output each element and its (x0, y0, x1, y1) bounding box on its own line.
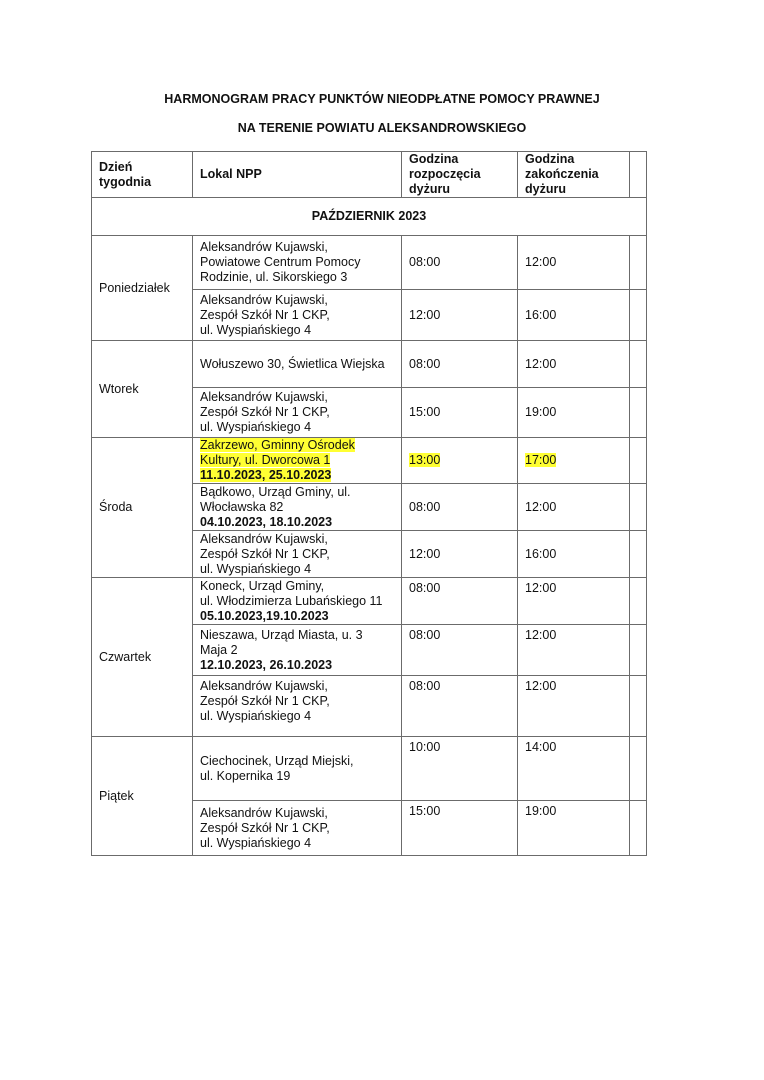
table-row: ŚrodaZakrzewo, Gminny OśrodekKultury, ul… (92, 438, 647, 484)
schedule-table: Dzień tygodnia Lokal NPP Godzina rozpocz… (91, 151, 647, 856)
end-time-cell: 19:00 (518, 388, 630, 438)
location-text: Wołuszewo 30, Świetlica Wiejska (200, 357, 385, 371)
document-title: HARMONOGRAM PRACY PUNKTÓW NIEODPŁATNE PO… (0, 92, 764, 106)
end-time: 16:00 (525, 547, 556, 561)
location-text: Aleksandrów Kujawski, (200, 532, 328, 546)
extra-cell (630, 737, 647, 801)
start-time: 08:00 (409, 255, 440, 269)
start-time-cell: 12:00 (402, 531, 518, 578)
dates-line: 12.10.2023, 26.10.2023 (200, 658, 394, 673)
start-time: 08:00 (409, 679, 440, 693)
start-time: 10:00 (409, 740, 440, 754)
end-time-cell: 16:00 (518, 290, 630, 341)
day-cell: Środa (92, 438, 193, 578)
dates-text: 04.10.2023, 18.10.2023 (200, 515, 332, 529)
end-time: 12:00 (525, 628, 556, 642)
table-row: CzwartekKoneck, Urząd Gminy,ul. Włodzimi… (92, 578, 647, 625)
location-line: Koneck, Urząd Gminy, (200, 579, 394, 594)
end-time-cell: 19:00 (518, 801, 630, 856)
location-text: ul. Wyspiańskiego 4 (200, 836, 311, 850)
location-text: Włocławska 82 (200, 500, 283, 514)
location-text: ul. Wyspiańskiego 4 (200, 323, 311, 337)
location-cell: Zakrzewo, Gminny OśrodekKultury, ul. Dwo… (193, 438, 402, 484)
location-line: Wołuszewo 30, Świetlica Wiejska (200, 357, 394, 372)
location-text: Aleksandrów Kujawski, (200, 390, 328, 404)
location-cell: Aleksandrów Kujawski,Zespół Szkół Nr 1 C… (193, 531, 402, 578)
day-cell: Poniedziałek (92, 236, 193, 341)
location-line: Nieszawa, Urząd Miasta, u. 3 (200, 628, 394, 643)
location-line: ul. Wyspiańskiego 4 (200, 709, 394, 724)
location-cell: Nieszawa, Urząd Miasta, u. 3Maja 212.10.… (193, 625, 402, 676)
dates-line: 04.10.2023, 18.10.2023 (200, 515, 394, 530)
location-line: Kultury, ul. Dworcowa 1 (200, 453, 394, 468)
location-text: Aleksandrów Kujawski, (200, 679, 328, 693)
location-line: Aleksandrów Kujawski, (200, 240, 394, 255)
location-line: ul. Kopernika 19 (200, 769, 394, 784)
end-time: 19:00 (525, 804, 556, 818)
location-text: Maja 2 (200, 643, 238, 657)
document-subtitle: NA TERENIE POWIATU ALEKSANDROWSKIEGO (0, 121, 764, 135)
start-time-cell: 08:00 (402, 578, 518, 625)
end-time-cell: 12:00 (518, 484, 630, 531)
day-cell: Piątek (92, 737, 193, 856)
dates-text: 05.10.2023,19.10.2023 (200, 609, 329, 623)
dates-line: 05.10.2023,19.10.2023 (200, 609, 394, 624)
location-line: Aleksandrów Kujawski, (200, 390, 394, 405)
location-text: ul. Wyspiańskiego 4 (200, 420, 311, 434)
location-text: Zespół Szkół Nr 1 CKP, (200, 694, 330, 708)
table-row: PiątekCiechocinek, Urząd Miejski,ul. Kop… (92, 737, 647, 801)
end-time-cell: 12:00 (518, 676, 630, 737)
start-time: 12:00 (409, 547, 440, 561)
location-cell: Wołuszewo 30, Świetlica Wiejska (193, 341, 402, 388)
location-cell: Aleksandrów Kujawski,Zespół Szkół Nr 1 C… (193, 676, 402, 737)
month-label: PAŹDZIERNIK 2023 (92, 198, 647, 236)
location-line: Zespół Szkół Nr 1 CKP, (200, 405, 394, 420)
location-text: Zespół Szkół Nr 1 CKP, (200, 308, 330, 322)
start-time-cell: 15:00 (402, 388, 518, 438)
start-time-cell: 12:00 (402, 290, 518, 341)
end-time: 12:00 (525, 500, 556, 514)
location-line: Zespół Szkół Nr 1 CKP, (200, 547, 394, 562)
extra-cell (630, 801, 647, 856)
start-time: 15:00 (409, 804, 440, 818)
start-time: 08:00 (409, 500, 440, 514)
location-line: ul. Włodzimierza Lubańskiego 11 (200, 594, 394, 609)
dates-text: 12.10.2023, 26.10.2023 (200, 658, 332, 672)
location-line: Aleksandrów Kujawski, (200, 532, 394, 547)
location-text: Bądkowo, Urząd Gminy, ul. (200, 485, 351, 499)
location-line: Zespół Szkół Nr 1 CKP, (200, 308, 394, 323)
table-row: PoniedziałekAleksandrów Kujawski,Powiato… (92, 236, 647, 290)
location-text: Zespół Szkół Nr 1 CKP, (200, 821, 330, 835)
start-time: 12:00 (409, 308, 440, 322)
location-text: Ciechocinek, Urząd Miejski, (200, 754, 354, 768)
start-time: 13:00 (409, 453, 440, 467)
location-line: Maja 2 (200, 643, 394, 658)
location-cell: Koneck, Urząd Gminy,ul. Włodzimierza Lub… (193, 578, 402, 625)
extra-cell (630, 625, 647, 676)
start-time: 15:00 (409, 405, 440, 419)
extra-cell (630, 484, 647, 531)
header-day: Dzień tygodnia (92, 152, 193, 198)
location-text: Aleksandrów Kujawski, (200, 806, 328, 820)
location-line: ul. Wyspiańskiego 4 (200, 420, 394, 435)
extra-cell (630, 578, 647, 625)
end-time-cell: 12:00 (518, 341, 630, 388)
extra-cell (630, 388, 647, 438)
table-row: WtorekWołuszewo 30, Świetlica Wiejska08:… (92, 341, 647, 388)
location-line: ul. Wyspiańskiego 4 (200, 836, 394, 851)
location-line: Zespół Szkół Nr 1 CKP, (200, 694, 394, 709)
end-time-cell: 17:00 (518, 438, 630, 484)
header-day-line: Dzień (99, 160, 185, 175)
end-time: 14:00 (525, 740, 556, 754)
start-time-cell: 10:00 (402, 737, 518, 801)
location-text: Zakrzewo, Gminny Ośrodek (200, 438, 355, 452)
start-time: 08:00 (409, 628, 440, 642)
extra-cell (630, 531, 647, 578)
location-text: Aleksandrów Kujawski, (200, 293, 328, 307)
end-time: 16:00 (525, 308, 556, 322)
location-line: ul. Wyspiańskiego 4 (200, 323, 394, 338)
header-end-line: dyżuru (525, 182, 622, 197)
end-time: 12:00 (525, 679, 556, 693)
header-end-line: zakończenia (525, 167, 622, 182)
location-line: Bądkowo, Urząd Gminy, ul. (200, 485, 394, 500)
location-text: Kultury, ul. Dworcowa 1 (200, 453, 330, 467)
end-time: 12:00 (525, 255, 556, 269)
location-text: Zespół Szkół Nr 1 CKP, (200, 405, 330, 419)
location-text: ul. Wyspiańskiego 4 (200, 562, 311, 576)
end-time-cell: 12:00 (518, 236, 630, 290)
location-line: Aleksandrów Kujawski, (200, 806, 394, 821)
location-line: Zespół Szkół Nr 1 CKP, (200, 821, 394, 836)
location-text: Rodzinie, ul. Sikorskiego 3 (200, 270, 347, 284)
end-time-cell: 14:00 (518, 737, 630, 801)
start-time-cell: 08:00 (402, 236, 518, 290)
header-end-line: Godzina (525, 152, 622, 167)
location-line: Włocławska 82 (200, 500, 394, 515)
location-text: Powiatowe Centrum Pomocy (200, 255, 360, 269)
location-cell: Aleksandrów Kujawski,Zespół Szkół Nr 1 C… (193, 290, 402, 341)
location-text: Aleksandrów Kujawski, (200, 240, 328, 254)
end-time: 19:00 (525, 405, 556, 419)
location-line: Ciechocinek, Urząd Miejski, (200, 754, 394, 769)
location-cell: Ciechocinek, Urząd Miejski,ul. Kopernika… (193, 737, 402, 801)
dates-line: 11.10.2023, 25.10.2023 (200, 468, 394, 483)
start-time-cell: 15:00 (402, 801, 518, 856)
header-start: Godzina rozpoczęcia dyżuru (402, 152, 518, 198)
start-time-cell: 13:00 (402, 438, 518, 484)
location-text: Koneck, Urząd Gminy, (200, 579, 324, 593)
extra-cell (630, 290, 647, 341)
day-cell: Wtorek (92, 341, 193, 438)
end-time-cell: 16:00 (518, 531, 630, 578)
location-cell: Aleksandrów Kujawski,Powiatowe Centrum P… (193, 236, 402, 290)
location-line: Aleksandrów Kujawski, (200, 679, 394, 694)
end-time: 12:00 (525, 357, 556, 371)
start-time-cell: 08:00 (402, 341, 518, 388)
extra-cell (630, 341, 647, 388)
header-row: Dzień tygodnia Lokal NPP Godzina rozpocz… (92, 152, 647, 198)
start-time: 08:00 (409, 581, 440, 595)
start-time: 08:00 (409, 357, 440, 371)
extra-cell (630, 236, 647, 290)
extra-cell (630, 438, 647, 484)
header-extra (630, 152, 647, 198)
header-start-line: Godzina (409, 152, 510, 167)
header-day-line: tygodnia (99, 175, 185, 190)
end-time: 12:00 (525, 581, 556, 595)
header-start-line: rozpoczęcia (409, 167, 510, 182)
header-start-line: dyżuru (409, 182, 510, 197)
location-text: ul. Wyspiańskiego 4 (200, 709, 311, 723)
location-text: ul. Włodzimierza Lubańskiego 11 (200, 594, 383, 608)
location-cell: Bądkowo, Urząd Gminy, ul.Włocławska 8204… (193, 484, 402, 531)
extra-cell (630, 676, 647, 737)
location-text: ul. Kopernika 19 (200, 769, 290, 783)
start-time-cell: 08:00 (402, 625, 518, 676)
start-time-cell: 08:00 (402, 676, 518, 737)
day-cell: Czwartek (92, 578, 193, 737)
month-row: PAŹDZIERNIK 2023 (92, 198, 647, 236)
location-line: ul. Wyspiańskiego 4 (200, 562, 394, 577)
header-location: Lokal NPP (193, 152, 402, 198)
location-line: Powiatowe Centrum Pomocy (200, 255, 394, 270)
dates-text: 11.10.2023, 25.10.2023 (200, 468, 331, 482)
location-line: Zakrzewo, Gminny Ośrodek (200, 438, 394, 453)
end-time-cell: 12:00 (518, 578, 630, 625)
location-text: Nieszawa, Urząd Miasta, u. 3 (200, 628, 363, 642)
location-cell: Aleksandrów Kujawski,Zespół Szkół Nr 1 C… (193, 801, 402, 856)
start-time-cell: 08:00 (402, 484, 518, 531)
header-end: Godzina zakończenia dyżuru (518, 152, 630, 198)
location-line: Aleksandrów Kujawski, (200, 293, 394, 308)
location-text: Zespół Szkół Nr 1 CKP, (200, 547, 330, 561)
location-line: Rodzinie, ul. Sikorskiego 3 (200, 270, 394, 285)
end-time: 17:00 (525, 453, 556, 467)
location-cell: Aleksandrów Kujawski,Zespół Szkół Nr 1 C… (193, 388, 402, 438)
end-time-cell: 12:00 (518, 625, 630, 676)
